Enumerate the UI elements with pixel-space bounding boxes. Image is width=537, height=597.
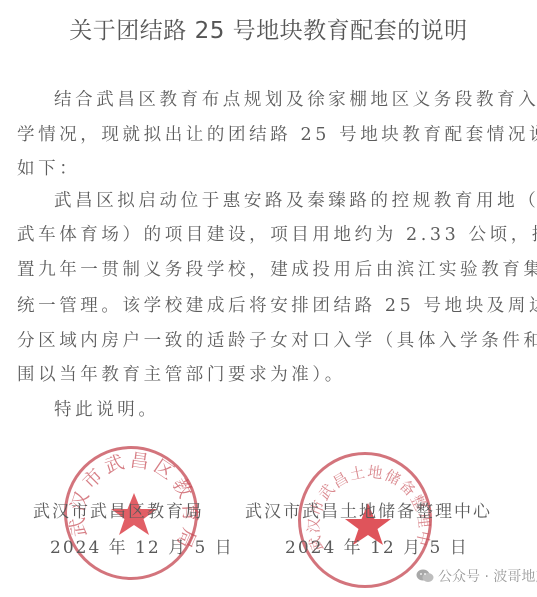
wechat-icon xyxy=(416,569,434,583)
paragraph-2-line-3: 置九年一贯制义务段学校，建成投用后由滨江实验教育集团 xyxy=(17,259,537,281)
signature-date-1: 2024 年 12 月 5 日 xyxy=(50,533,234,558)
paragraph-2-line-2: 武车体育场）的项目建设，项目用地约为 2.33 公顷，拟设 xyxy=(17,224,537,246)
signature-org-2: 武汉市武昌土地储备整理中心 xyxy=(245,497,492,522)
paragraph-1-line-1: 结合武昌区教育布点规划及徐家棚地区义务段教育入 xyxy=(54,89,537,111)
seal-graphic: 武汉市武昌土地储备整理中心 xyxy=(301,455,435,591)
paragraph-2-line-1: 武昌区拟启动位于惠安路及秦臻路的控规教育用地（原 xyxy=(54,190,537,212)
paragraph-1-line-2: 学情况，现就拟出让的团结路 25 号地块教育配套情况说明 xyxy=(17,124,537,146)
watermark: 公众号 · 波哥地产 xyxy=(416,566,537,586)
paragraph-2-line-4: 统一管理。该学校建成后将安排团结路 25 号地块及周边部 xyxy=(17,295,537,317)
watermark-text: 公众号 · 波哥地产 xyxy=(438,566,537,586)
paragraph-2-line-5: 分区域内房户一致的适龄子女对口入学（具体入学条件和范 xyxy=(17,330,537,352)
paragraph-1-line-3: 如下： xyxy=(17,158,80,180)
paragraph-2-line-6: 围以当年教育主管部门要求为准）。 xyxy=(17,364,346,386)
paragraph-3-line-1: 特此说明。 xyxy=(54,399,160,421)
document-title: 关于团结路 25 号地块教育配套的说明 xyxy=(0,12,537,45)
signature-date-2: 2024 年 12 月 5 日 xyxy=(285,533,469,558)
signature-org-1: 武汉市武昌区教育局 xyxy=(33,497,204,522)
